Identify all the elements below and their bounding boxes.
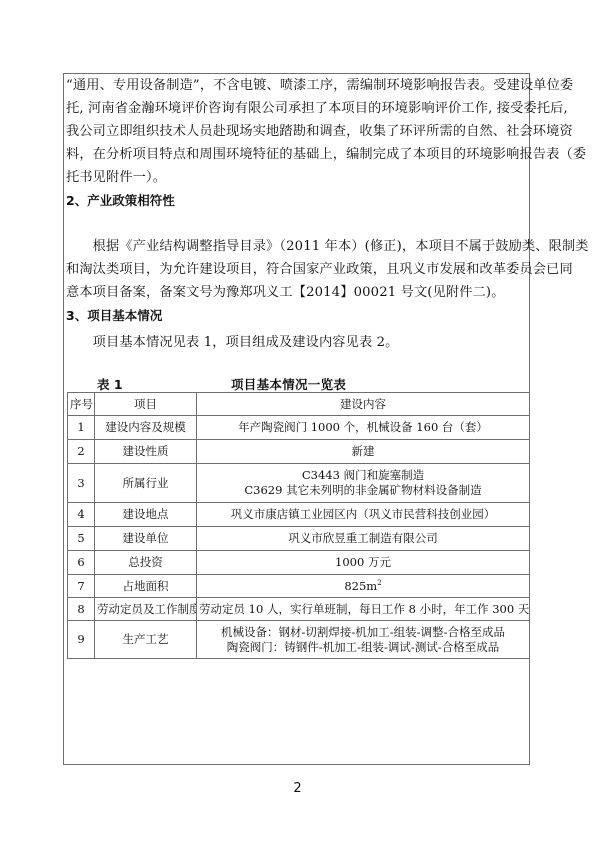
project-basics-table: 序号 项目 建设内容 1 建设内容及规模 年产陶瓷阀门 1000 个，机械设备 … [67,392,530,659]
paragraph-line: 和淘汰类项目，为允许建设项目，符合国家产业政策，且巩义市发展和改革委员会已同 [66,258,528,281]
row-number: 8 [68,598,95,621]
row-number: 6 [68,551,95,575]
row-item: 建设内容及规模 [95,416,197,440]
row-item: 总投资 [95,551,197,575]
row-number: 3 [68,464,95,503]
table-row: 2 建设性质 新建 [68,440,530,464]
table-row: 3 所属行业 C3443 阀门和旋塞制造 C3629 其它未列明的非金属矿物材料… [68,464,530,503]
row-item: 占地面积 [95,575,197,598]
row-content: 机械设备：钢材-切割焊接-机加工-组装-调整-合格至成品 陶瓷阀门：铸钢件-机加… [197,621,530,659]
paragraph-line: 项目基本情况见表 1，项目组成及建设内容见表 2。 [66,331,528,354]
project-basics-paragraph: 项目基本情况见表 1，项目组成及建设内容见表 2。 [66,331,528,354]
content-line: C3443 阀门和旋塞制造 [199,468,527,483]
section-heading-project-basics: 3、项目基本情况 [66,304,162,327]
header-cell-item: 项目 [95,393,197,416]
row-content: C3443 阀门和旋塞制造 C3629 其它未列明的非金属矿物材料设备制造 [197,464,530,503]
row-item: 劳动定员及工作制度 [95,598,197,621]
content-line: 陶瓷阀门：铸钢件-机加工-组装-调试-测试-合格至成品 [199,640,527,655]
paragraph-line: 托, 河南省金瀚环境评价咨询有限公司承担了本项目的环境影响评价工作, 接受委托后… [66,97,528,120]
row-content: 1000 万元 [197,551,530,575]
row-number: 7 [68,575,95,598]
row-item: 建设单位 [95,527,197,551]
paragraph-line: 我公司立即组织技术人员赴现场实地踏勘和调查，收集了环评所需的自然、社会环境资 [66,120,528,143]
content-line: C3629 其它未列明的非金属矿物材料设备制造 [199,483,527,498]
table-row: 5 建设单位 巩义市欣昱重工制造有限公司 [68,527,530,551]
row-item: 建设性质 [95,440,197,464]
row-content: 新建 [197,440,530,464]
row-content: 巩义市康店镇工业园区内（巩义市民营科技创业园） [197,503,530,527]
table-number: 表 1 [97,375,123,393]
paragraph-line: 根据《产业结构调整指导目录》（2011 年本）(修正)，本项目不属于鼓励类、限制… [66,235,528,258]
table-row: 1 建设内容及规模 年产陶瓷阀门 1000 个，机械设备 160 台（套） [68,416,530,440]
table-row: 8 劳动定员及工作制度 劳动定员 10 人，实行单班制，每日工作 8 小时，年工… [68,598,530,621]
table-header-row: 序号 项目 建设内容 [68,393,530,416]
content-line: 机械设备：钢材-切割焊接-机加工-组装-调整-合格至成品 [199,625,527,640]
row-number: 4 [68,503,95,527]
row-item: 所属行业 [95,464,197,503]
intro-paragraph: “通用、专用设备制造”，不含电镀、喷漆工序，需编制环境影响报告表。受建设单位委 … [66,74,528,189]
row-content: 巩义市欣昱重工制造有限公司 [197,527,530,551]
row-item: 建设地点 [95,503,197,527]
section-heading-industrial-policy: 2、产业政策相符性 [66,189,175,212]
header-cell-no: 序号 [68,393,95,416]
row-content: 825m2 [197,575,530,598]
row-item: 生产工艺 [95,621,197,659]
table-title: 项目基本情况一览表 [231,375,346,393]
row-number: 9 [68,621,95,659]
row-content: 劳动定员 10 人，实行单班制，每日工作 8 小时，年工作 300 天 [197,598,530,621]
paragraph-line: “通用、专用设备制造”，不含电镀、喷漆工序，需编制环境影响报告表。受建设单位委 [66,74,528,97]
row-number: 1 [68,416,95,440]
area-superscript: 2 [377,579,381,587]
row-number: 2 [68,440,95,464]
paragraph-line: 料，在分析项目特点和周围环境特征的基础上，编制完成了本项目的环境影响报告表（委 [66,143,528,166]
table-row: 4 建设地点 巩义市康店镇工业园区内（巩义市民营科技创业园） [68,503,530,527]
table-row: 9 生产工艺 机械设备：钢材-切割焊接-机加工-组装-调整-合格至成品 陶瓷阀门… [68,621,530,659]
area-value: 825m [344,579,377,593]
table-row: 6 总投资 1000 万元 [68,551,530,575]
page-number: 2 [0,781,595,796]
industrial-policy-paragraph: 根据《产业结构调整指导目录》（2011 年本）(修正)，本项目不属于鼓励类、限制… [66,235,528,304]
header-cell-content: 建设内容 [197,393,530,416]
table-row: 7 占地面积 825m2 [68,575,530,598]
row-content: 年产陶瓷阀门 1000 个，机械设备 160 台（套） [197,416,530,440]
row-number: 5 [68,527,95,551]
paragraph-line: 意本项目备案，备案文号为豫郑巩义工【2014】00021 号文(见附件二)。 [66,281,528,304]
paragraph-line: 托书见附件一）。 [66,166,528,189]
